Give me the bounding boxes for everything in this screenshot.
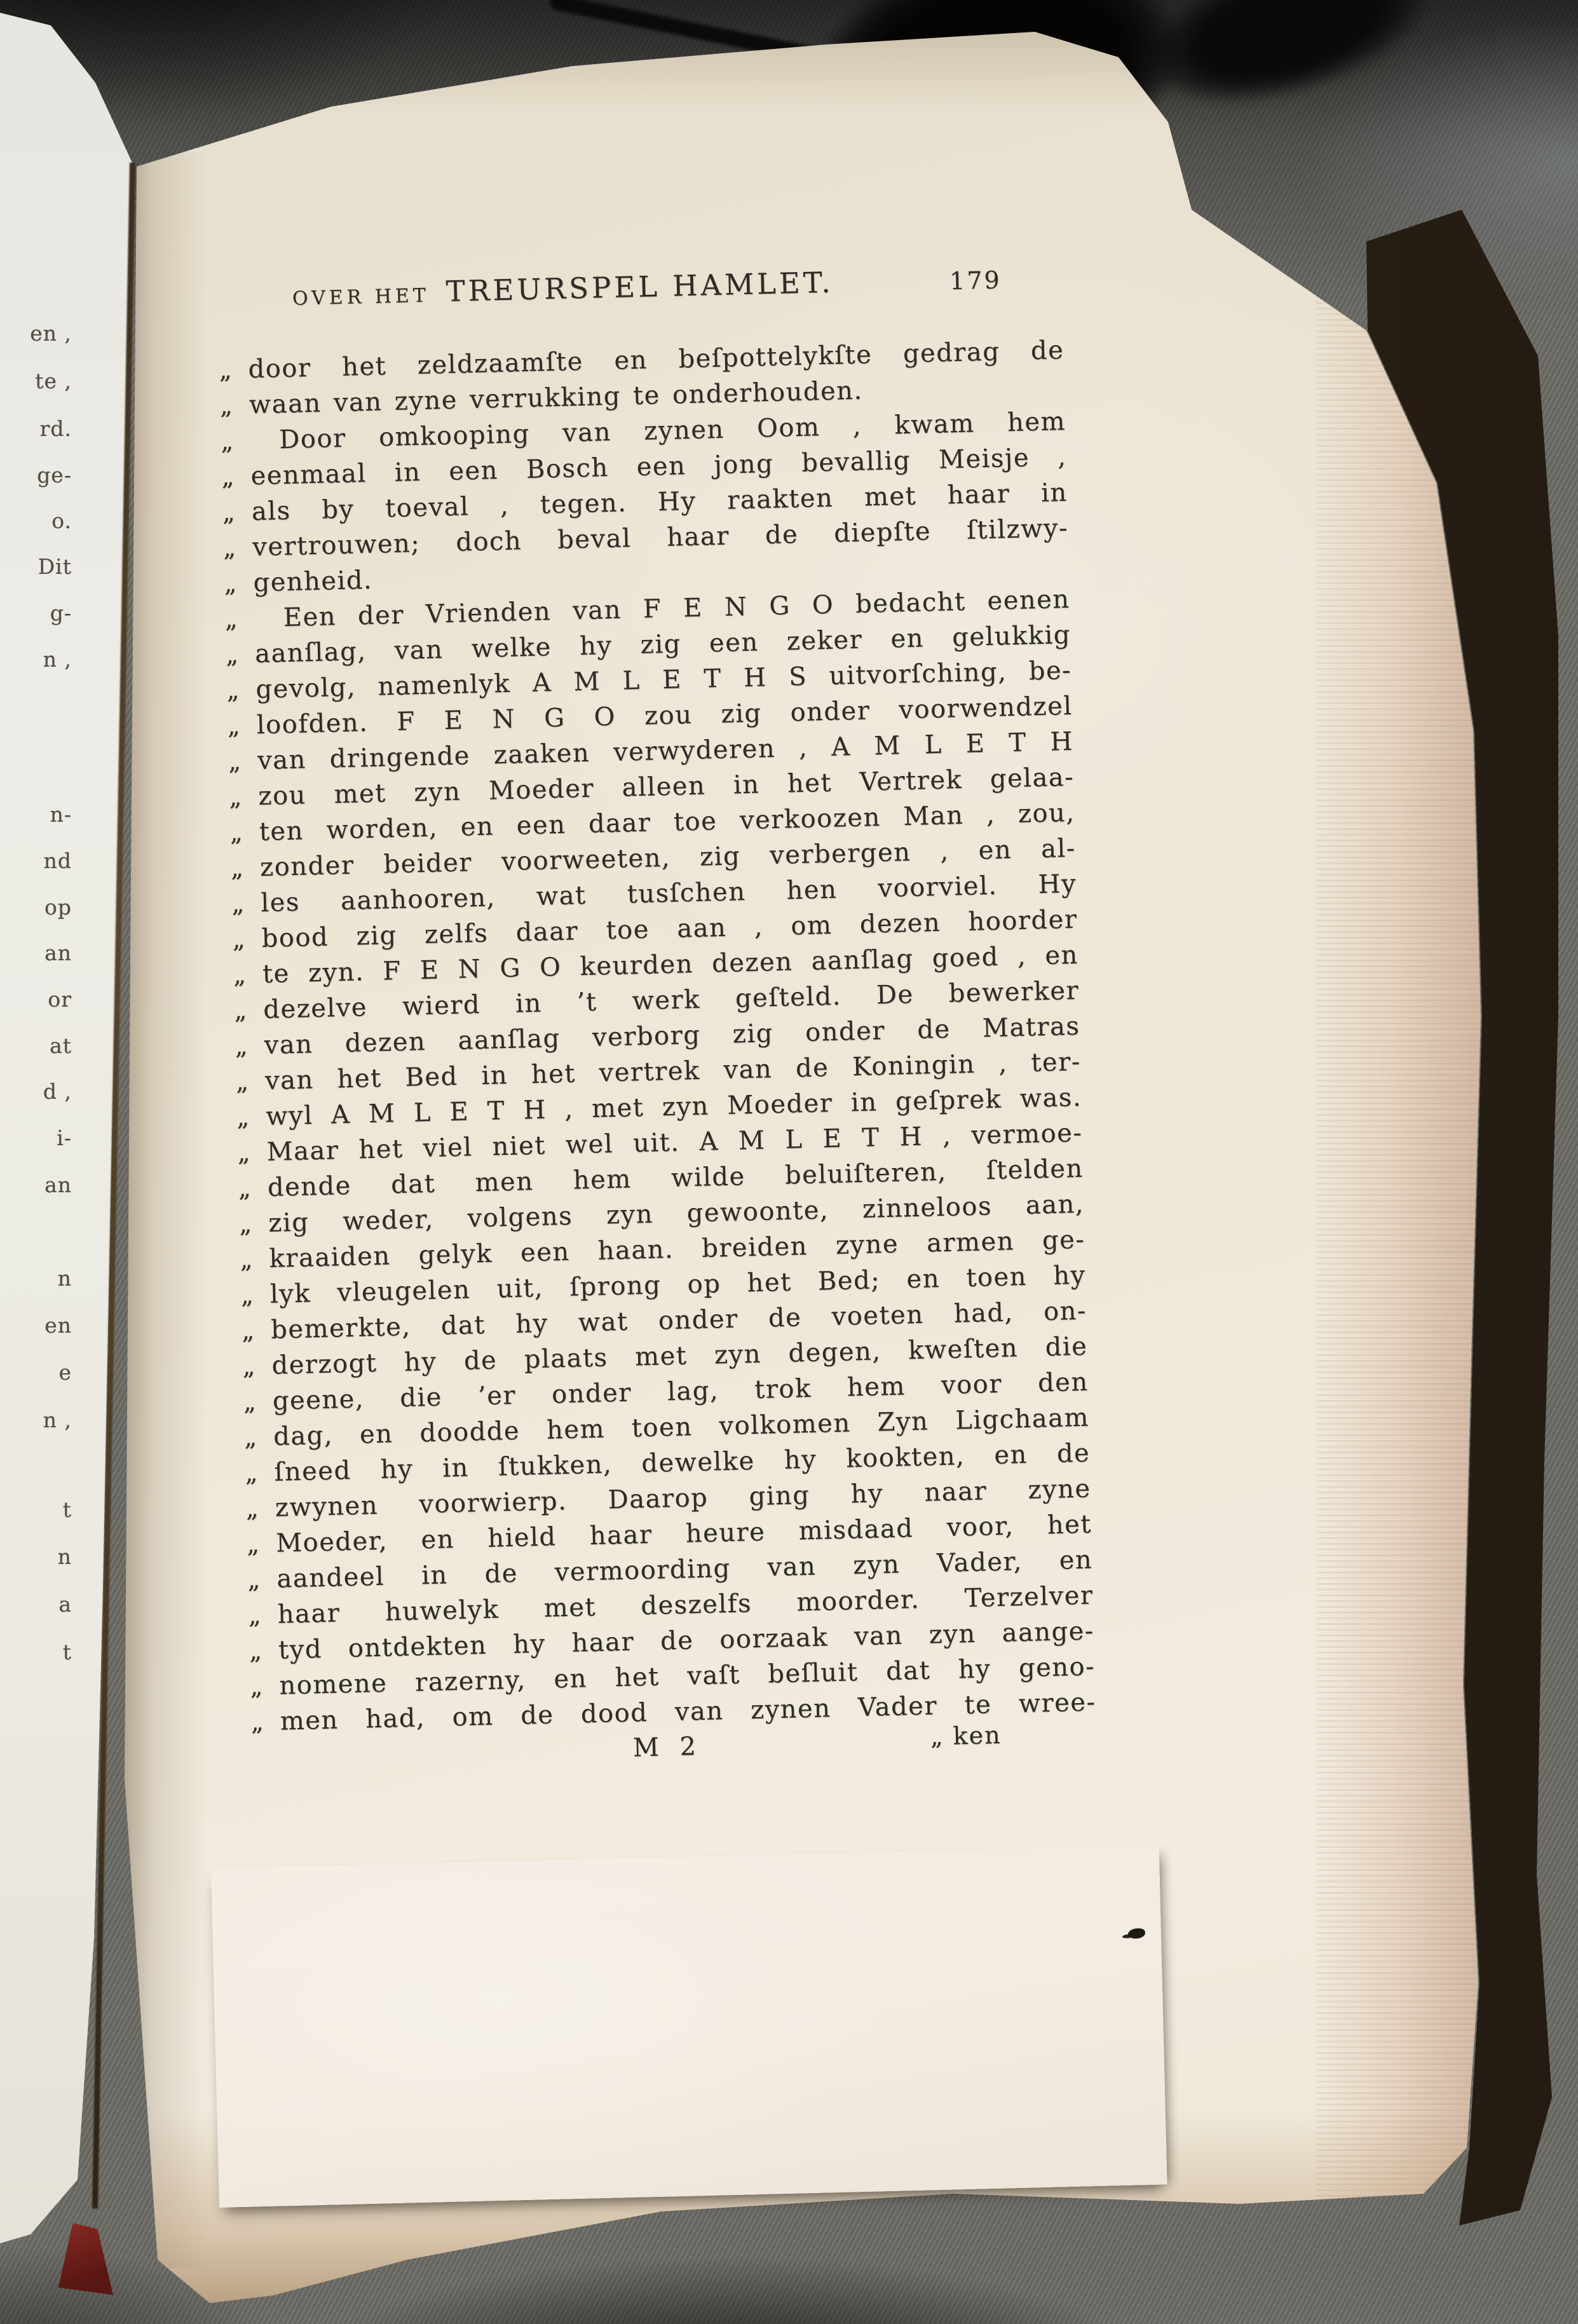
page-number: 179	[949, 266, 1002, 295]
quotation-mark: „	[226, 636, 255, 672]
left-page-text-fragments: en ,te ,rd.ge-o.Ditg-n ,n-ndopanoratd ,i…	[0, 0, 75, 2324]
quotation-mark: „	[219, 387, 249, 423]
left-page-text-fragment: n	[0, 1544, 75, 1569]
left-page-text-fragment: en	[0, 1313, 75, 1338]
left-page-text-fragment: nd	[0, 848, 75, 873]
left-page-text-fragment: en ,	[0, 321, 75, 346]
quotation-mark: „	[231, 885, 261, 921]
left-page-text-fragment: g-	[0, 601, 75, 625]
quotation-mark: „	[240, 1277, 270, 1313]
left-page-text-fragment: n-	[0, 802, 75, 827]
quotation-mark: „	[232, 921, 262, 957]
quotation-mark: „	[223, 529, 253, 566]
quotation-mark: „	[240, 1241, 269, 1277]
left-page-text-fragment: d ,	[0, 1079, 75, 1104]
quotation-mark: „	[247, 1561, 277, 1598]
quotation-mark: „	[234, 992, 264, 1028]
quotation-mark: „	[245, 1455, 275, 1491]
quotation-mark: „	[242, 1348, 272, 1384]
quotation-mark: „	[221, 458, 251, 494]
quotation-mark: „	[243, 1383, 273, 1420]
left-page-text-fragment: an	[0, 1172, 75, 1197]
body-text: „ door het zeldzaamſte en beſpottelykſte…	[219, 332, 1096, 1740]
ink-blot	[1128, 1928, 1145, 1939]
quotation-mark: „	[239, 1206, 269, 1242]
quotation-mark: „	[248, 1633, 278, 1669]
quotation-mark: „	[250, 1704, 280, 1740]
quotation-mark: „	[236, 1099, 266, 1135]
quotation-mark: „	[222, 494, 252, 530]
left-page-text-fragment: an	[0, 941, 75, 965]
printed-text: OVER HET TREURSPEL HAMLET. 179 „ door he…	[217, 260, 1097, 1779]
signature-mark: M 2	[632, 1732, 702, 1763]
left-page-text-fragment: n ,	[0, 1408, 75, 1432]
quotation-mark: „	[226, 672, 256, 708]
left-page-text-fragment: n	[0, 1266, 75, 1291]
quotation-mark: „	[224, 601, 254, 637]
book-photo: en ,te ,rd.ge-o.Ditg-n ,n-ndopanoratd ,i…	[0, 0, 1578, 2324]
left-page-text-fragment: Dit	[0, 554, 75, 579]
quotation-mark: „	[248, 1597, 278, 1633]
quotation-mark: „	[228, 743, 257, 779]
left-page-text-fragment: a	[0, 1592, 75, 1617]
quotation-mark: „	[235, 1028, 264, 1064]
quotation-mark: „	[233, 956, 262, 993]
inserted-bookmark-paper	[211, 1845, 1167, 2208]
quotation-mark: „	[245, 1490, 275, 1526]
quotation-mark: „	[235, 1063, 265, 1099]
quotation-mark: „	[244, 1419, 274, 1455]
quotation-mark: „	[241, 1312, 271, 1349]
quotation-mark: „	[237, 1134, 267, 1171]
left-page-text-fragment: op	[0, 895, 75, 920]
quotation-mark: „	[229, 814, 259, 850]
quotation-mark: „	[221, 423, 250, 459]
left-page-text-fragment: o.	[0, 508, 75, 533]
left-page-text-fragment: or	[0, 987, 75, 1012]
quotation-mark: „	[238, 1170, 268, 1206]
left-page-text-fragment: t	[0, 1497, 75, 1522]
left-page-text-fragment: n ,	[0, 647, 75, 672]
quotation-mark: „	[229, 778, 259, 815]
catchword: „ ken	[930, 1721, 1002, 1751]
quotation-mark: „	[247, 1526, 276, 1562]
left-page-text-fragment: t	[0, 1640, 75, 1664]
left-page-text-fragment: at	[0, 1033, 75, 1058]
running-header-prefix: OVER HET	[292, 285, 430, 310]
left-page-text-fragment: te ,	[0, 369, 75, 393]
quotation-mark: „	[224, 565, 254, 601]
left-page-text-fragment: e	[0, 1360, 75, 1385]
quotation-mark: „	[250, 1668, 280, 1704]
left-page-text-fragment: i-	[0, 1125, 75, 1150]
quotation-mark: „	[219, 351, 248, 388]
left-page-text-fragment: ge-	[0, 463, 75, 487]
quotation-mark: „	[230, 850, 260, 886]
quotation-mark: „	[227, 707, 257, 744]
left-page-text-fragment: rd.	[0, 416, 75, 441]
